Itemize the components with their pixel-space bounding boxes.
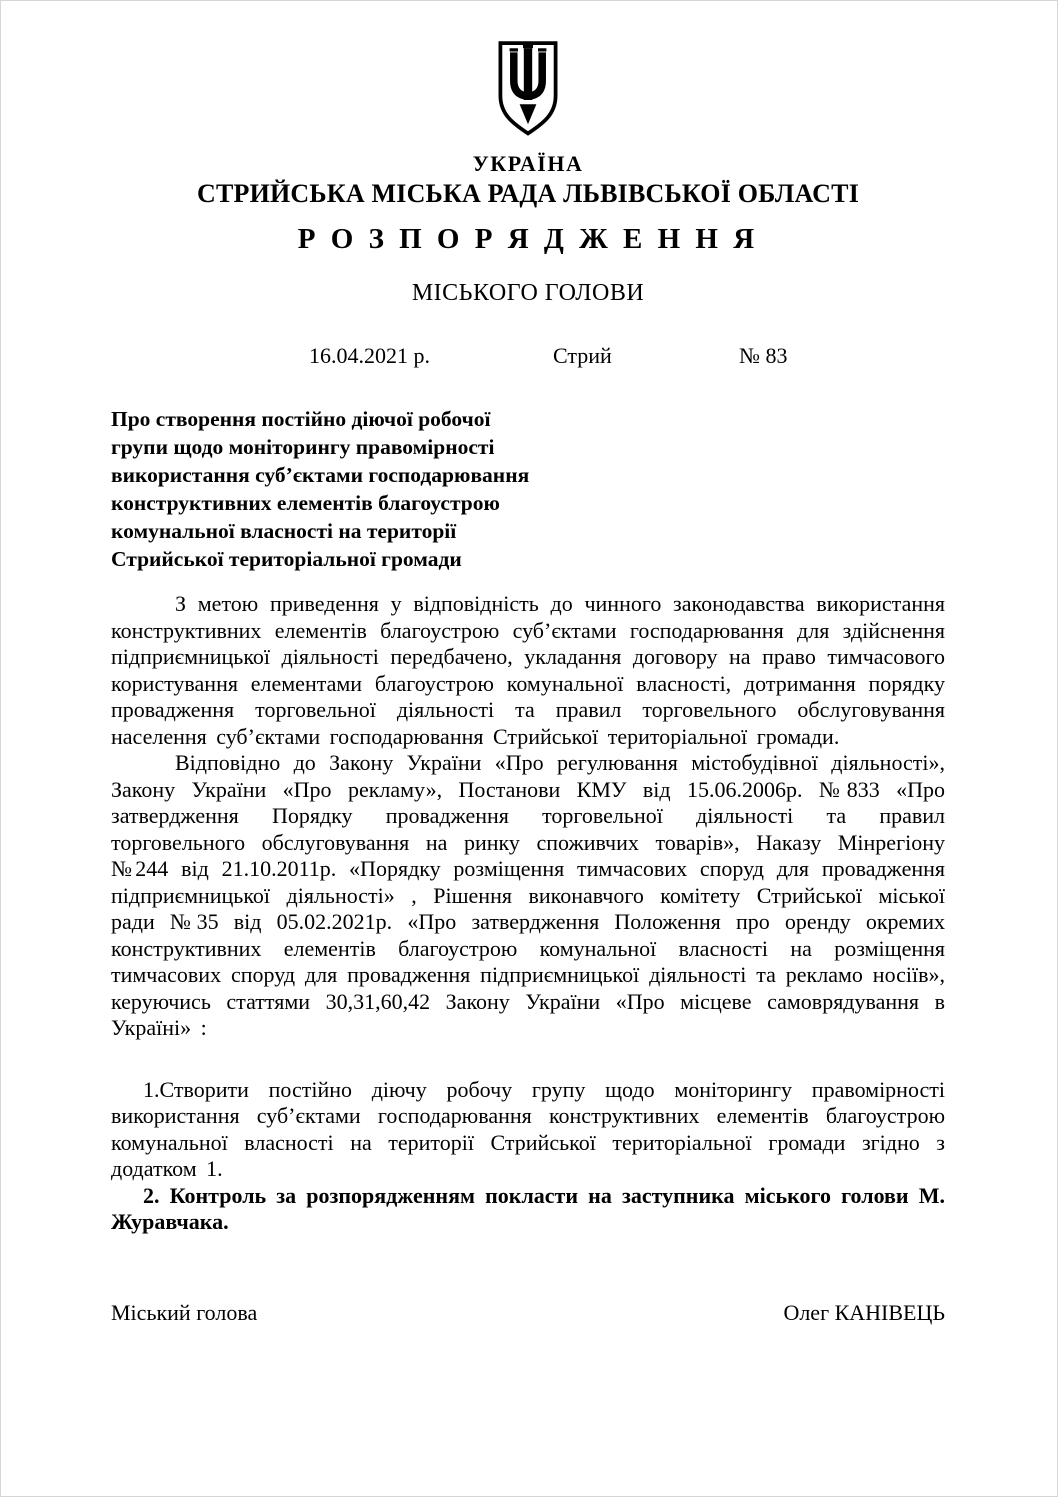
document-number: № 83 <box>739 343 788 369</box>
paragraph-legal-basis: Відповідно до Закону України «Про регулю… <box>111 750 945 1042</box>
document-date: 16.04.2021 р. <box>309 343 430 369</box>
subject-line: конструктивних елементів благоустрою <box>111 489 945 517</box>
subject-block: Про створення постійно діючої робочої гр… <box>111 405 945 573</box>
subject-line: комунальної власності на території <box>111 517 945 545</box>
order-item-2: 2. Контроль за розпорядженням покласти н… <box>111 1183 945 1236</box>
signatory-title: Міський голова <box>111 1300 257 1326</box>
document-header: УКРАЇНА СТРИЙСЬКА МІСЬКА РАДА ЛЬВІВСЬКОЇ… <box>111 39 945 307</box>
subject-line: Стрийської територіальної громади <box>111 545 945 573</box>
signature-row: Міський голова Олег КАНІВЕЦЬ <box>111 1300 945 1326</box>
subject-line: використання суб’єктами господарювання <box>111 461 945 489</box>
decree-document-page: УКРАЇНА СТРИЙСЬКА МІСЬКА РАДА ЛЬВІВСЬКОЇ… <box>0 0 1058 1497</box>
issuer-title: МІСЬКОГО ГОЛОВИ <box>111 280 945 307</box>
ukraine-trident-emblem-icon <box>486 39 570 141</box>
country-name: УКРАЇНА <box>111 151 945 177</box>
subject-line: групи щодо моніторингу правомірності <box>111 433 945 461</box>
signatory-name: Олег КАНІВЕЦЬ <box>783 1300 945 1326</box>
subject-line: Про створення постійно діючої робочої <box>111 405 945 433</box>
council-name: СТРИЙСЬКА МІСЬКА РАДА ЛЬВІВСЬКОЇ ОБЛАСТІ <box>111 179 945 209</box>
paragraph-purpose: З метою приведення у відповідність до чи… <box>111 591 945 750</box>
document-city: Стрий <box>553 343 612 369</box>
document-type-title: Р О З П О Р Я Д Ж Е Н Н Я <box>111 223 945 256</box>
order-item-1: 1.Створити постійно діючу робочу групу щ… <box>111 1077 945 1183</box>
meta-row: 16.04.2021 р. Стрий № 83 <box>111 343 945 371</box>
